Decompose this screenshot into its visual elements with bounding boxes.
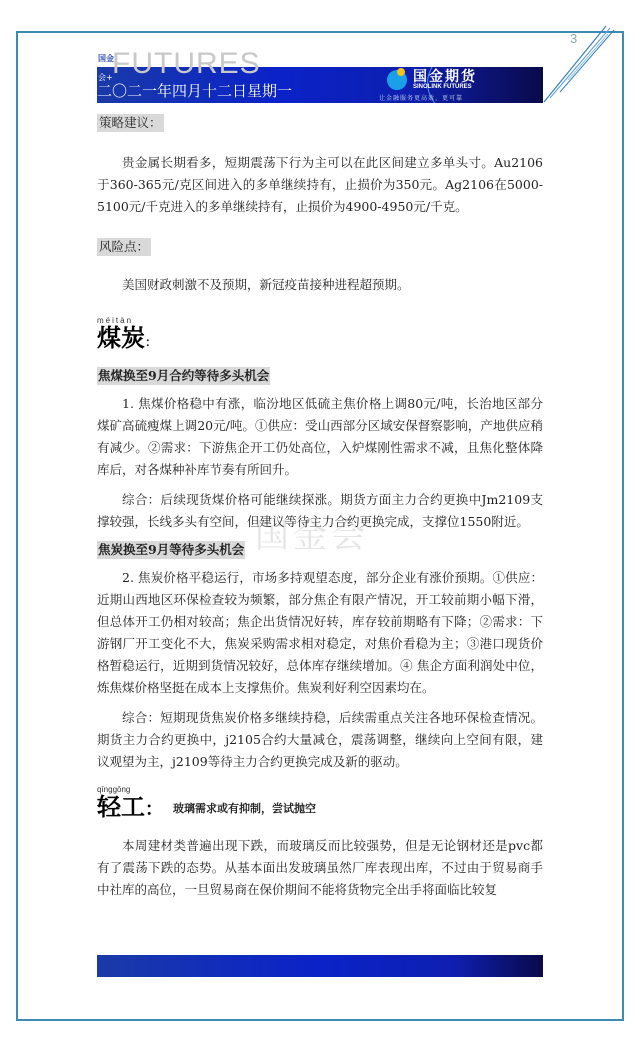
header-futures-text: FUTURES: [112, 47, 261, 81]
light-industry-section-title: qīnggōng 轻工：玻璃需求或有抑制，尝试抛空: [97, 785, 543, 823]
light-industry-subtitle: 玻璃需求或有抑制，尝试抛空: [173, 802, 316, 815]
light-industry-title: 轻工: [97, 793, 145, 821]
brand-name-cn: 国金期货: [413, 70, 477, 84]
risk-paragraph: 美国财政刺激不及预期，新冠疫苗接种进程超预期。: [97, 274, 543, 296]
coking-coal-paragraph-2: 综合：后续现货煤价格可能继续探涨。期货方面主力合约更换中Jm2109支撑较强，长…: [97, 489, 543, 533]
corner-stripes-decoration: [540, 24, 620, 104]
risk-label: 风险点：: [97, 238, 151, 256]
coal-title: 煤炭: [97, 324, 145, 352]
sinolink-logo-icon: [387, 70, 407, 90]
coking-coal-heading: 焦煤换至9月合约等待多头机会: [97, 367, 270, 385]
light-industry-pinyin: qīnggōng: [97, 785, 543, 794]
strategy-paragraph: 贵金属长期看多，短期震荡下行为主可以在此区间建立多单头寸。Au2106于360-…: [97, 152, 543, 218]
coke-paragraph-1: 2. 焦炭价格平稳运行，市场多持观望态度，部分企业有涨价预期。①供应：近期山西地…: [97, 567, 543, 699]
document-body: 策略建议： 贵金属长期看多，短期震荡下行为主可以在此区间建立多单头寸。Au210…: [97, 110, 543, 901]
light-industry-title-colon: ：: [145, 799, 163, 820]
coal-title-colon: ：: [145, 335, 157, 349]
header-date: 二〇二一年四月十二日星期一: [97, 80, 292, 101]
light-industry-paragraph: 本周建材类普遍出现下跌，而玻璃反而比较强势，但是无论钢材还是pvc都有了震荡下跌…: [97, 835, 543, 901]
coal-section-title: méitàn 煤炭：: [97, 316, 543, 353]
brand-name-en: SINOLINK FUTURES: [413, 84, 477, 90]
brand-slogan: 让金融服务更高效、更可靠: [379, 93, 463, 102]
coke-heading: 焦炭换至9月等待多头机会: [97, 541, 245, 559]
coking-coal-paragraph-1: 1. 焦煤价格稳中有涨，临汾地区低硫主焦价格上调80元/吨，长治地区部分煤矿高硫…: [97, 393, 543, 481]
header-small-logo: 国金: [98, 53, 114, 64]
footer-banner: [97, 955, 543, 977]
coal-pinyin: méitàn: [97, 316, 543, 325]
strategy-label: 策略建议：: [97, 114, 164, 132]
brand-block: 国金期货 SINOLINK FUTURES: [387, 70, 477, 90]
coke-paragraph-2: 综合：短期现货焦炭价格多继续持稳，后续需重点关注各地环保检查情况。期货主力合约更…: [97, 707, 543, 773]
